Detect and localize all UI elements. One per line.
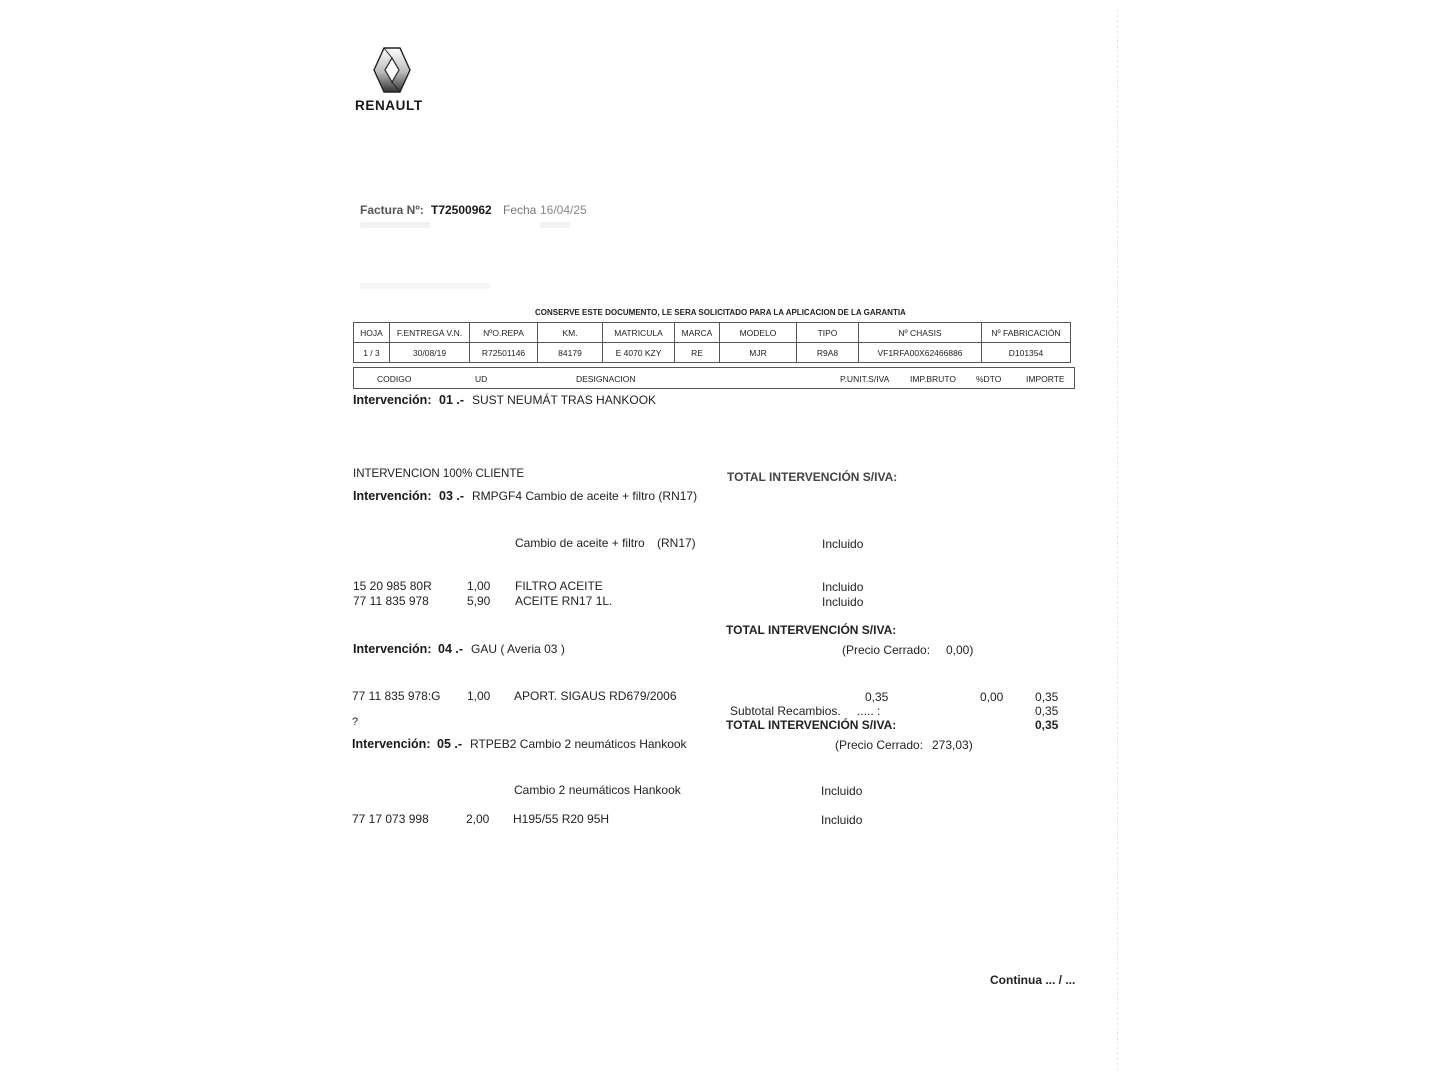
intervention-label: Intervención:	[353, 642, 432, 656]
col-norepa: NºO.REPA	[470, 323, 538, 343]
intervention-note: INTERVENCION 100% CLIENTE	[353, 468, 524, 480]
norepa-value: R72501146	[470, 343, 538, 363]
line-qty: 5,90	[467, 594, 490, 608]
line-code: 77 11 835 978	[353, 594, 429, 608]
continua-label: Continua ... / ...	[990, 973, 1075, 987]
line-code: 77 11 835 978:G	[352, 689, 441, 703]
intervention-total-label: TOTAL INTERVENCIÓN S/IVA:	[726, 718, 896, 732]
intervention-title: RMPGF4 Cambio de aceite + filtro (RN17)	[472, 489, 697, 503]
chasis-value: VF1RFA00X62466886	[859, 343, 982, 363]
line-importe: 0,35	[1035, 690, 1058, 704]
intervention-number: 04 .-	[438, 642, 463, 656]
vehicle-info-table: HOJA F.ENTREGA V.N. NºO.REPA KM. MATRICU…	[353, 322, 1071, 363]
col-hoja: HOJA	[354, 323, 390, 343]
intervention-title: GAU ( Averia 03 )	[471, 642, 565, 656]
line-items-header: CODIGO UD DESIGNACION P.UNIT.S/IVA IMP.B…	[353, 367, 1075, 389]
line-desc: FILTRO ACEITE	[515, 579, 603, 593]
precio-cerrado-value: 0,00)	[946, 643, 973, 657]
date-label: Fecha	[503, 203, 536, 217]
intervention-total-label: TOTAL INTERVENCIÓN S/IVA:	[726, 623, 896, 637]
redacted-field	[540, 222, 570, 228]
line-punit: 0,35	[865, 690, 888, 704]
invoice-label: Factura Nº:	[360, 203, 424, 217]
precio-cerrado-label: (Precio Cerrado:	[835, 738, 923, 752]
line-qty: 2,00	[466, 812, 489, 826]
redacted-field	[360, 222, 430, 228]
hdr-ud: UD	[475, 374, 487, 384]
intervention-number: 05 .-	[437, 737, 462, 751]
line-desc: APORT. SIGAUS RD679/2006	[514, 689, 677, 703]
line-dto: 0,00	[980, 690, 1003, 704]
line-status: Incluido	[822, 580, 863, 594]
line-code: 15 20 985 80R	[353, 579, 432, 593]
hdr-designacion: DESIGNACION	[576, 374, 636, 384]
line-qty: 1,00	[467, 689, 490, 703]
sub-operation-code: (RN17)	[657, 536, 696, 550]
hdr-codigo: CODIGO	[377, 374, 411, 384]
col-tipo: TIPO	[797, 323, 859, 343]
hdr-impbruto: IMP.BRUTO	[910, 374, 956, 384]
fabricacion-value: D101354	[982, 343, 1071, 363]
subtotal-label: Subtotal Recambios.	[730, 704, 841, 718]
scan-page-edge	[1117, 10, 1118, 1070]
sub-operation-desc: Cambio 2 neumáticos Hankook	[514, 783, 681, 797]
intervention-total-label: TOTAL INTERVENCIÓN S/IVA:	[727, 470, 897, 484]
subtotal-dots: ..... :	[857, 704, 880, 718]
col-fentrega: F.ENTREGA V.N.	[390, 323, 470, 343]
matricula-value: E 4070 KZY	[603, 343, 675, 363]
col-modelo: MODELO	[720, 323, 797, 343]
sub-operation-status: Incluido	[821, 784, 862, 798]
intervention-label: Intervención:	[353, 393, 432, 407]
modelo-value: MJR	[720, 343, 797, 363]
col-km: KM.	[538, 323, 603, 343]
col-chasis: Nº CHASIS	[859, 323, 982, 343]
intervention-label: Intervención:	[353, 489, 432, 503]
km-value: 84179	[538, 343, 603, 363]
redacted-field	[360, 283, 490, 289]
intervention-title: SUST NEUMÁT TRAS HANKOOK	[472, 393, 656, 407]
date-value: 16/04/25	[540, 203, 587, 217]
hoja-value: 1 / 3	[354, 343, 390, 363]
sub-operation-desc: Cambio de aceite + filtro	[515, 536, 645, 550]
warranty-notice: CONSERVE ESTE DOCUMENTO, LE SERA SOLICIT…	[535, 308, 906, 317]
subtotal-value: 0,35	[1035, 704, 1058, 718]
line-status: Incluido	[822, 595, 863, 609]
intervention-total-value: 0,35	[1035, 718, 1058, 732]
brand-name: RENAULT	[355, 98, 423, 113]
hdr-importe: IMPORTE	[1026, 374, 1065, 384]
sub-operation-status: Incluido	[822, 537, 863, 551]
invoice-number: T72500962	[431, 203, 492, 217]
precio-cerrado-value: 273,03)	[932, 738, 973, 752]
line-code: 77 17 073 998	[352, 812, 429, 826]
fentrega-value: 30/08/19	[390, 343, 470, 363]
intervention-number: 01 .-	[439, 393, 464, 407]
marca-value: RE	[675, 343, 720, 363]
intervention-title: RTPEB2 Cambio 2 neumáticos Hankook	[470, 737, 687, 751]
tipo-value: R9A8	[797, 343, 859, 363]
renault-diamond-icon	[372, 46, 412, 94]
intervention-label: Intervención:	[352, 737, 431, 751]
question-mark: ?	[352, 716, 358, 728]
col-fabricacion: Nº FABRICACIÓN	[982, 323, 1071, 343]
precio-cerrado-label: (Precio Cerrado:	[842, 643, 930, 657]
hdr-punit: P.UNIT.S/IVA	[840, 374, 889, 384]
line-status: Incluido	[821, 813, 862, 827]
line-qty: 1,00	[467, 579, 490, 593]
vehicle-table-header-row: HOJA F.ENTREGA V.N. NºO.REPA KM. MATRICU…	[354, 323, 1071, 343]
line-desc: H195/55 R20 95H	[513, 812, 609, 826]
intervention-number: 03 .-	[439, 489, 464, 503]
col-matricula: MATRICULA	[603, 323, 675, 343]
vehicle-table-value-row: 1 / 3 30/08/19 R72501146 84179 E 4070 KZ…	[354, 343, 1071, 363]
hdr-dto: %DTO	[976, 374, 1001, 384]
line-desc: ACEITE RN17 1L.	[515, 594, 612, 608]
col-marca: MARCA	[675, 323, 720, 343]
